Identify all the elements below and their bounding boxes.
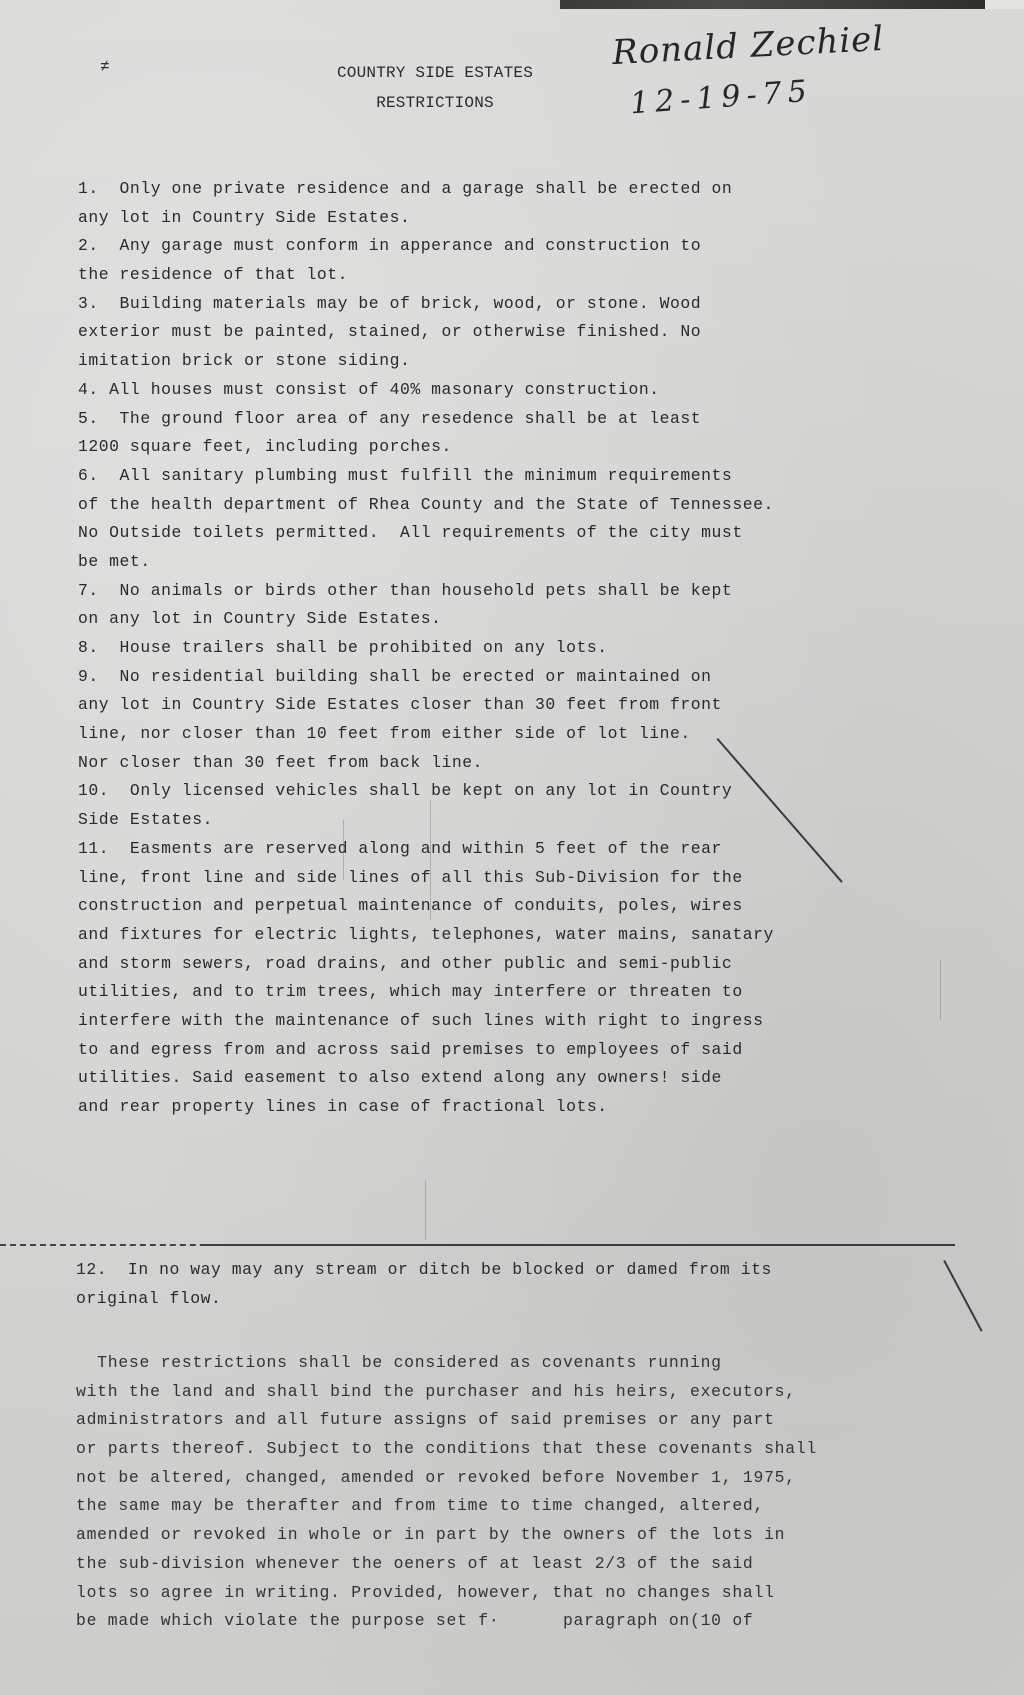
restriction-text-line: 4. All houses must consist of 40% masona…	[78, 376, 958, 405]
restriction-text-line: the residence of that lot.	[78, 261, 958, 290]
covenant-text-line: lots so agree in writing. Provided, howe…	[76, 1578, 817, 1607]
restriction-12: 12. In no way may any stream or ditch be…	[76, 1256, 772, 1313]
restriction-text-line: 7. No animals or birds other than househ…	[78, 577, 958, 606]
restriction-text-line: be met.	[78, 548, 958, 577]
covenant-text-line: amended or revoked in whole or in part b…	[76, 1520, 817, 1549]
covenant-text-line: the sub-division whenever the oeners of …	[76, 1549, 817, 1578]
restriction-text-line: of the health department of Rhea County …	[78, 491, 958, 520]
covenant-text-line: be made which violate the purpose set f·…	[76, 1606, 817, 1635]
restrictions-list: 1. Only one private residence and a gara…	[78, 175, 958, 1122]
restriction-text-line: line, front line and side lines of all t…	[78, 864, 958, 893]
covenants-paragraph: These restrictions shall be considered a…	[76, 1348, 817, 1635]
page-divider-line-solid	[200, 1244, 955, 1246]
covenant-text-line: administrators and all future assigns of…	[76, 1405, 817, 1434]
document-title: COUNTRY SIDE ESTATES	[300, 58, 570, 88]
restriction-text-line: to and egress from and across said premi…	[78, 1036, 958, 1065]
document-header: COUNTRY SIDE ESTATES RESTRICTIONS	[300, 58, 570, 118]
restriction-text-line: line, nor closer than 10 feet from eithe…	[78, 720, 958, 749]
paper-crease	[425, 1180, 426, 1240]
restriction-text-line: and storm sewers, road drains, and other…	[78, 950, 958, 979]
photo-edge-strip	[560, 0, 985, 9]
restriction-text-line: 9. No residential building shall be erec…	[78, 663, 958, 692]
covenant-text-line: not be altered, changed, amended or revo…	[76, 1463, 817, 1492]
restriction-text-line: 5. The ground floor area of any resedenc…	[78, 405, 958, 434]
restriction-text-line: No Outside toilets permitted. All requir…	[78, 519, 958, 548]
restriction-text-line: exterior must be painted, stained, or ot…	[78, 318, 958, 347]
restriction-text-line: 6. All sanitary plumbing must fulfill th…	[78, 462, 958, 491]
covenant-text-line: These restrictions shall be considered a…	[76, 1348, 817, 1377]
restriction-text-line: any lot in Country Side Estates.	[78, 204, 958, 233]
covenant-text-line: the same may be therafter and from time …	[76, 1491, 817, 1520]
restriction-text-line: Nor closer than 30 feet from back line.	[78, 749, 958, 778]
restriction-text-line: 2. Any garage must conform in apperance …	[78, 232, 958, 261]
restriction-text-line: Side Estates.	[78, 806, 958, 835]
restriction-text-line: on any lot in Country Side Estates.	[78, 605, 958, 634]
restriction-text-line: and rear property lines in case of fract…	[78, 1093, 958, 1122]
photo-edge-highlight	[985, 0, 1024, 9]
restriction-text-line: construction and perpetual maintenance o…	[78, 892, 958, 921]
restriction-text-line: 10. Only licensed vehicles shall be kept…	[78, 777, 958, 806]
covenant-text-line: or parts thereof. Subject to the conditi…	[76, 1434, 817, 1463]
restriction-text-line: 8. House trailers shall be prohibited on…	[78, 634, 958, 663]
restriction-text-line: 11. Easments are reserved along and with…	[78, 835, 958, 864]
restriction-text-line: original flow.	[76, 1285, 772, 1314]
restriction-text-line: any lot in Country Side Estates closer t…	[78, 691, 958, 720]
restriction-text-line: utilities. Said easement to also extend …	[78, 1064, 958, 1093]
restriction-text-line: 3. Building materials may be of brick, w…	[78, 290, 958, 319]
corner-mark: ≠	[100, 58, 108, 76]
restriction-text-line: 1. Only one private residence and a gara…	[78, 175, 958, 204]
restriction-text-line: 1200 square feet, including porches.	[78, 433, 958, 462]
restriction-text-line: interfere with the maintenance of such l…	[78, 1007, 958, 1036]
restriction-text-line: imitation brick or stone siding.	[78, 347, 958, 376]
document-subtitle: RESTRICTIONS	[300, 88, 570, 118]
restriction-text-line: utilities, and to trim trees, which may …	[78, 978, 958, 1007]
covenant-text-line: with the land and shall bind the purchas…	[76, 1377, 817, 1406]
restriction-text-line: 12. In no way may any stream or ditch be…	[76, 1256, 772, 1285]
restriction-text-line: and fixtures for electric lights, teleph…	[78, 921, 958, 950]
